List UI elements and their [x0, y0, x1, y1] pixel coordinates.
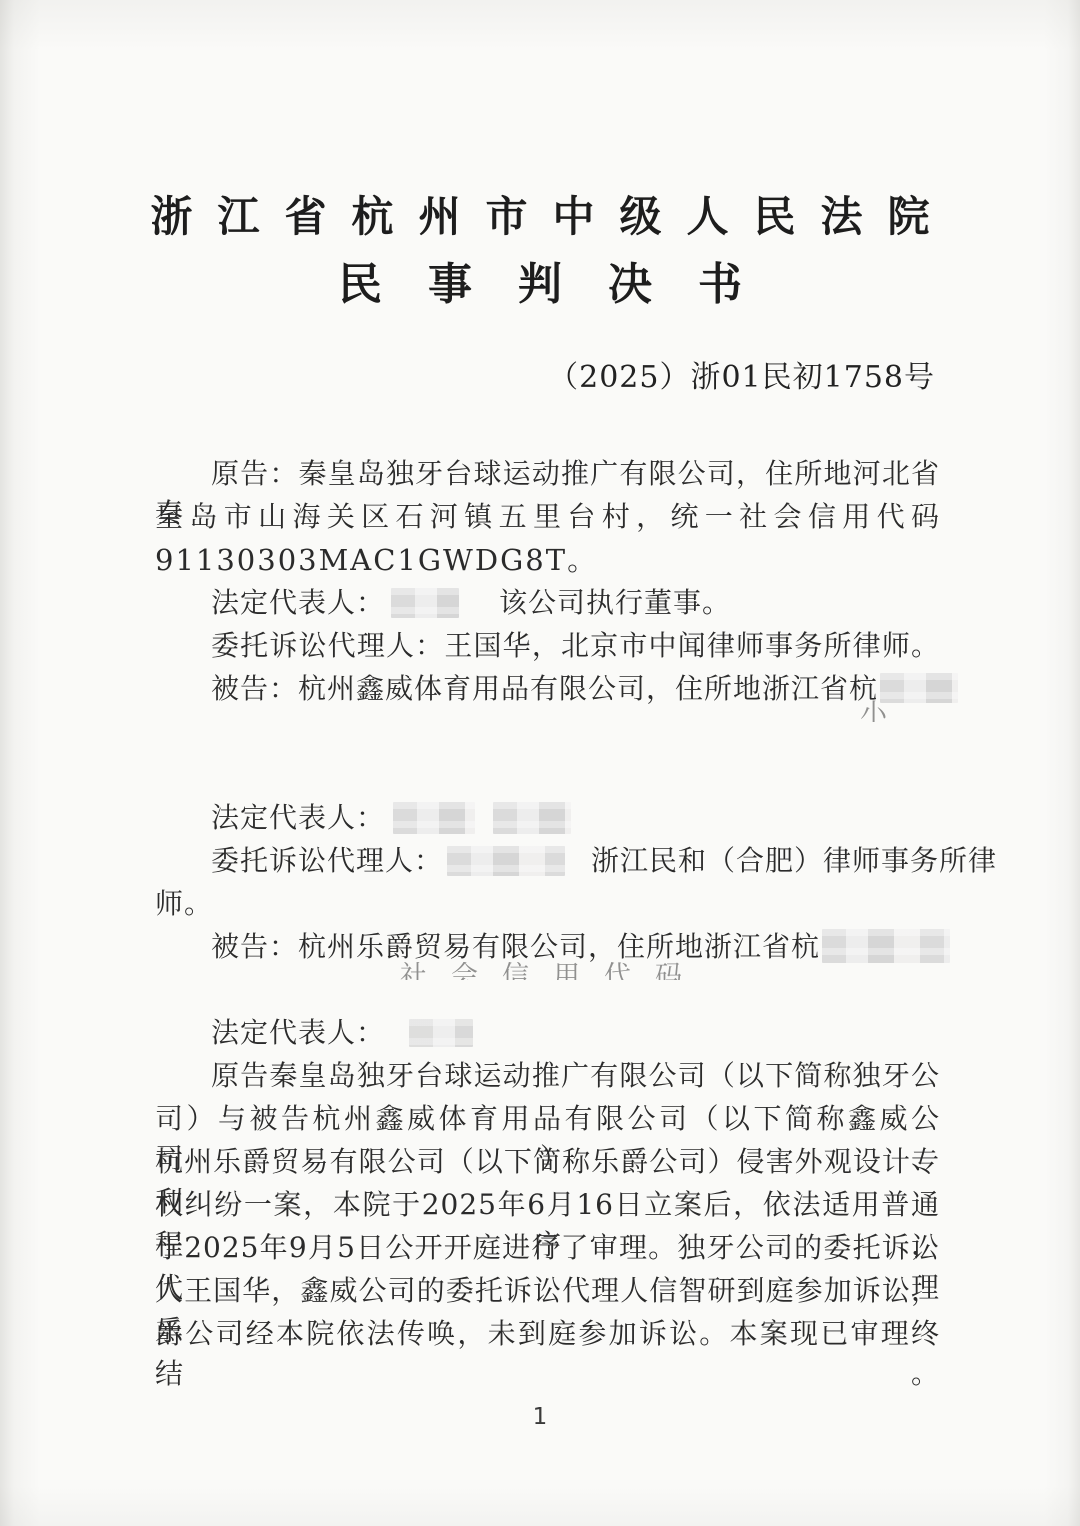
defendant-1-text: 被告：杭州鑫威体育用品有限公司，住所地浙江省杭 — [211, 672, 878, 705]
case-number: （2025）浙01民初1758号 — [155, 352, 935, 396]
redacted-line-full — [140, 712, 932, 752]
agent-2-line: 委托诉讼代理人：浙江民和（合肥）律师事务所律 — [155, 841, 996, 883]
body-line-5: 于2025年9月5日公开开庭进行了审理。独牙公司的委托诉讼代理 — [155, 1228, 940, 1270]
redacted-address — [822, 929, 950, 963]
plaintiff-line-1: 原告：秦皇岛独牙台球运动推广有限公司，住所地河北省秦 — [155, 454, 940, 496]
redacted-line-credit-code — [140, 970, 912, 1012]
legal-rep-2-label: 法定代表人： — [211, 801, 385, 834]
document-title: 民事判决书 — [0, 248, 1080, 312]
agent-2-firm-wrap: 师。 — [155, 884, 940, 926]
legal-rep-1-label: 法定代表人： — [211, 586, 385, 619]
agent-2-firm: 浙江民和（合肥）律师事务所律 — [591, 844, 997, 877]
plaintiff-line-2: 皇岛市山海关区石河镇五里台村，统一社会信用代码 — [155, 497, 940, 539]
redacted-name — [447, 846, 565, 876]
agent-1-line: 委托诉讼代理人：王国华，北京市中闻律师事务所律师。 — [155, 626, 940, 668]
defendant-2-text: 被告：杭州乐爵贸易有限公司，住所地浙江省杭 — [211, 930, 820, 963]
legal-rep-1-title: 该公司执行董事。 — [499, 586, 731, 619]
body-line-1: 原告秦皇岛独牙台球运动推广有限公司（以下简称独牙公 — [155, 1056, 940, 1098]
redacted-address — [880, 673, 958, 703]
redacted-name — [493, 802, 571, 834]
legal-rep-3-label: 法定代表人： — [211, 1016, 385, 1049]
body-line-6: 人王国华，鑫威公司的委托诉讼代理人信智研到庭参加诉讼，乐 — [155, 1271, 940, 1313]
legal-rep-1-line: 法定代表人：该公司执行董事。 — [155, 583, 996, 625]
body-line-4: 权纠纷一案，本院于2025年6月16日立案后，依法适用普通程序， — [155, 1185, 940, 1227]
body-line-7: 爵公司经本院依法传唤，未到庭参加诉讼。本案现已审理终结。 — [155, 1314, 940, 1356]
agent-2-label: 委托诉讼代理人： — [211, 844, 443, 877]
plaintiff-credit-code: 91130303MAC1GWDG8T。 — [155, 540, 940, 582]
redacted-name — [409, 1019, 473, 1047]
judgment-document-page: 浙江省杭州市中级人民法院 民事判决书 （2025）浙01民初1758号 原告：秦… — [0, 0, 1080, 1526]
redacted-name — [391, 588, 459, 618]
legal-rep-3-line: 法定代表人： — [155, 1013, 996, 1055]
body-line-3: 杭州乐爵贸易有限公司（以下简称乐爵公司）侵害外观设计专利 — [155, 1142, 940, 1184]
defendant-1-line: 被告：杭州鑫威体育用品有限公司，住所地浙江省杭 — [155, 669, 996, 711]
page-number: 1 — [0, 1404, 1080, 1430]
body-line-2: 司）与被告杭州鑫威体育用品有限公司（以下简称鑫威公司）、 — [155, 1099, 940, 1141]
legal-rep-2-line: 法定代表人： — [155, 798, 996, 840]
redacted-line-short — [140, 755, 425, 783]
redacted-name — [393, 802, 475, 834]
defendant-2-line: 被告：杭州乐爵贸易有限公司，住所地浙江省杭 — [155, 927, 996, 969]
court-name: 浙江省杭州市中级人民法院 — [0, 184, 1080, 244]
